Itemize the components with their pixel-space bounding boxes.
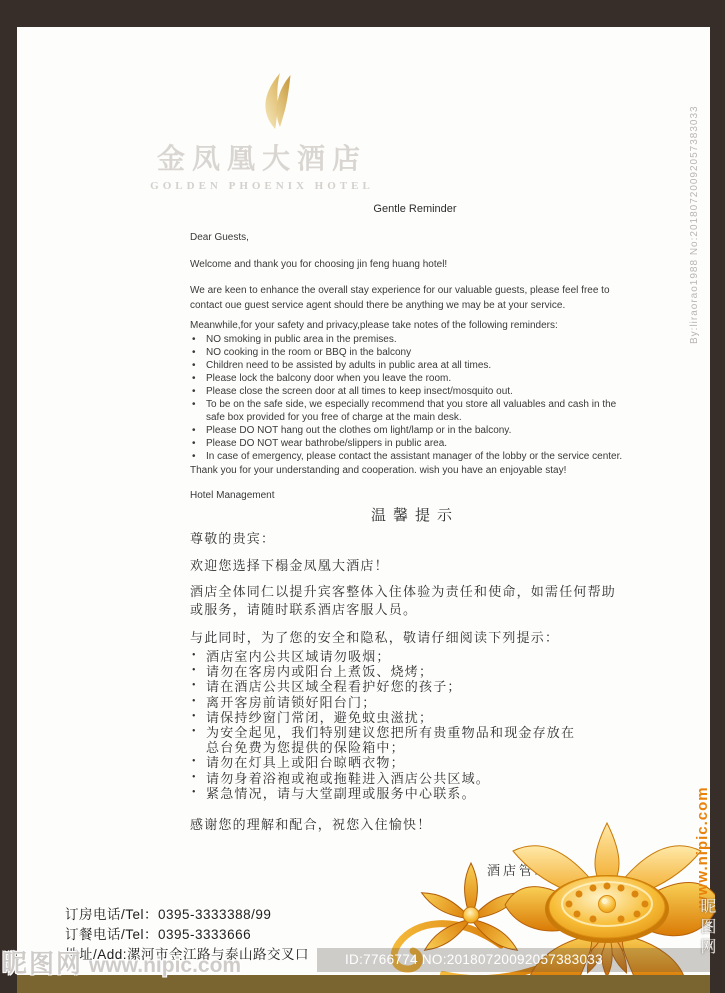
list-item: 紧急情况，请与大堂副理或服务中心联系。: [190, 786, 640, 801]
reminder-card: 金凤凰大酒店 GOLDEN PHOENIX HOTEL Gentle Remin…: [17, 27, 710, 993]
en-reminder-list: NO smoking in public area in the premise…: [190, 333, 640, 463]
list-item: Children need to be assisted by adults i…: [190, 359, 640, 372]
list-item: 酒店室内公共区域请勿吸烟；: [190, 649, 640, 664]
list-item: Please DO NOT wear bathrobe/slippers in …: [190, 437, 640, 450]
nipic-preview-canvas: { "colors": { "frame": "#372d29", "foote…: [0, 0, 725, 993]
nipic-watermark-bottomleft: 昵图网 www.nipic.com: [2, 944, 241, 980]
list-item: In case of emergency, please contact the…: [190, 450, 640, 463]
nipic-side-logo-watermark: 昵图网: [695, 898, 718, 958]
cn-intro-paragraph: 酒店全体同仁以提升宾客整体入住体验为责任和使命，如需任何帮助 或服务，请随时联系…: [190, 583, 640, 618]
nipic-site-logo: 昵图网: [2, 944, 83, 980]
cn-meanwhile-line: 与此同时，为了您的安全和隐私，敬请仔细阅读下列提示：: [190, 629, 640, 647]
list-item: 请保持纱窗门常闭，避免蚊虫滋扰；: [190, 710, 640, 725]
list-item: Please lock the balcony door when you le…: [190, 372, 640, 385]
nipic-side-url-watermark: www.nipic.com: [694, 686, 711, 908]
list-item: Please DO NOT hang out the clothes om li…: [190, 424, 640, 437]
list-item: NO smoking in public area in the premise…: [190, 333, 640, 346]
phoenix-flame-icon: [252, 71, 304, 133]
list-item: 请在酒店公共区域全程看护好您的孩子；: [190, 679, 640, 694]
list-item: 请勿身着浴袍或袍或拖鞋进入酒店公共区域。: [190, 771, 640, 786]
gentle-reminder-title: Gentle Reminder: [190, 203, 640, 215]
nipic-site-url: www.nipic.com: [89, 954, 241, 978]
list-item: NO cooking in the room or BBQ in the bal…: [190, 346, 640, 359]
en-meanwhile-line: Meanwhile,for your safety and privacy,pl…: [190, 318, 640, 333]
list-item: 请勿在客房内或阳台上煮饭、烧烤；: [190, 664, 640, 679]
hotel-logo: 金凤凰大酒店 GOLDEN PHOENIX HOTEL: [72, 71, 452, 192]
booking-phone: 订房电话/Tel：0395-3333388/99: [65, 905, 309, 925]
en-thanks-line: Thank you for your understanding and coo…: [190, 463, 640, 478]
uploader-watermark: By:liraorao1988 No:20180720092057383033: [689, 4, 700, 344]
list-item: Please close the screen door at all time…: [190, 385, 640, 398]
cn-salutation: 尊敬的贵宾：: [190, 530, 640, 548]
list-item: To be on the safe side, we especially re…: [190, 398, 640, 424]
list-item: 为安全起见，我们特别建议您把所有贵重物品和现金存放在 总台免费为您提供的保险箱中…: [190, 725, 640, 755]
list-item: 离开客房前请锁好阳台门；: [190, 695, 640, 710]
en-signoff: Hotel Management: [190, 488, 640, 503]
logo-text-en: GOLDEN PHOENIX HOTEL: [72, 180, 452, 192]
cn-welcome-line: 欢迎您选择下榻金凤凰大酒店！: [190, 557, 640, 575]
image-id-watermark: ID:7766774 NO:20180720092057383033: [317, 948, 710, 972]
cn-reminder-list: 酒店室内公共区域请勿吸烟；请勿在客房内或阳台上煮饭、烧烤；请在酒店公共区域全程看…: [190, 649, 640, 801]
en-welcome-line: Welcome and thank you for choosing jin f…: [190, 257, 640, 272]
en-salutation: Dear Guests,: [190, 230, 640, 245]
logo-text-cn: 金凤凰大酒店: [72, 137, 452, 177]
dining-phone: 订餐电话/Tel：0395-3333666: [65, 925, 309, 945]
cn-title: 温馨提示: [190, 504, 640, 525]
list-item: 请勿在灯具上或阳台晾晒衣物；: [190, 755, 640, 770]
en-intro-paragraph: We are keen to enhance the overall stay …: [190, 283, 640, 313]
